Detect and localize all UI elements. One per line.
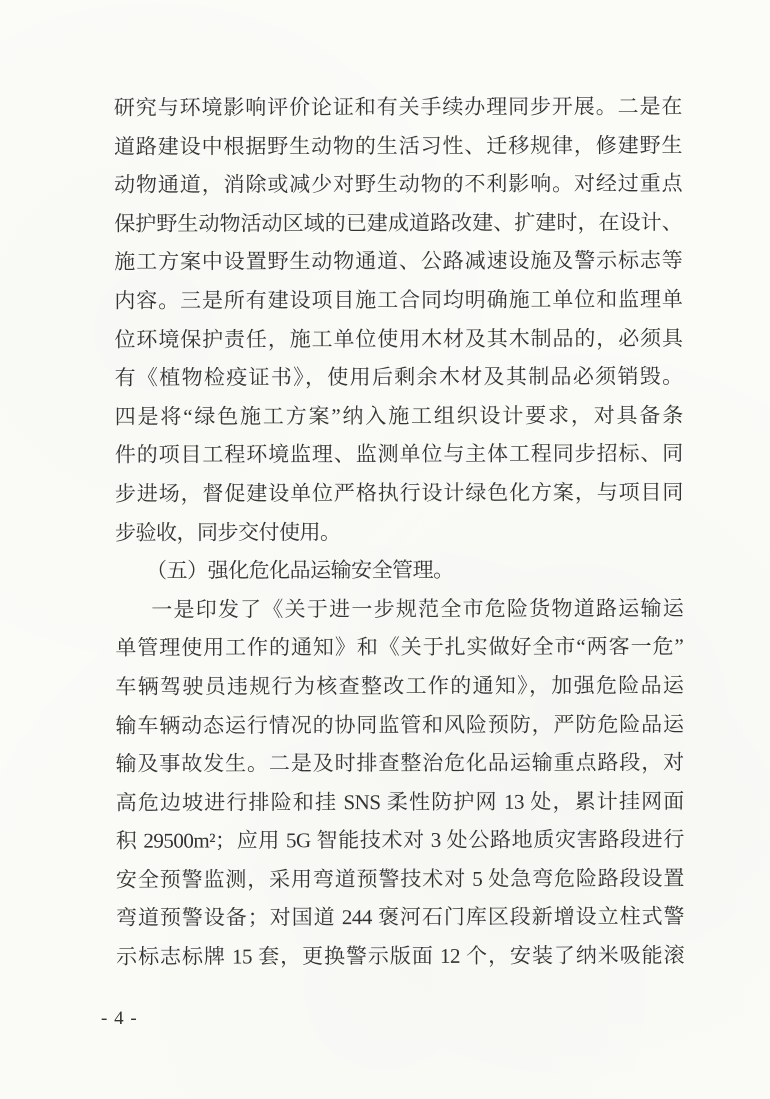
text-line: 四是将“绿色施工方案”纳入施工组织设计要求，对具备条: [115, 396, 683, 436]
text-line: 内容。三是所有建设项目施工合同均明确施工单位和监理单: [114, 280, 682, 320]
scanned-document-page: 研究与环境影响评价论证和有关手续办理同步开展。二是在 道路建设中根据野生动物的生…: [0, 0, 770, 1099]
text-line: 输车辆动态运行情况的协同监管和风险预防，严防危险品运: [115, 705, 683, 745]
text-line-paragraph-start: 一是印发了《关于进一步规范全市危险货物道路运输运: [115, 589, 683, 629]
text-line: 高危边坡进行排险和挂 SNS 柔性防护网 13 处，累计挂网面: [116, 782, 684, 822]
text-line: 弯道预警设备；对国道 244 褒河石门库区段新增设立柱式警: [116, 898, 684, 938]
text-line: 道路建设中根据野生动物的生活习性、迁移规律，修建野生: [114, 126, 682, 166]
document-body-text: 研究与环境影响评价论证和有关手续办理同步开展。二是在 道路建设中根据野生动物的生…: [114, 87, 684, 976]
text-line-paragraph-end: 步验收，同步交付使用。: [115, 512, 683, 552]
text-line: 车辆驾驶员违规行为核查整改工作的通知》，加强危险品运: [115, 666, 683, 706]
text-line: 单管理使用工作的通知》和《关于扎实做好全市“两客一危”: [115, 628, 683, 668]
text-line: 示标志标牌 15 套，更换警示版面 12 个，安装了纳米吸能滚: [116, 936, 684, 976]
text-line: 位环境保护责任，施工单位使用木材及其木制品的，必须具: [114, 319, 682, 359]
text-line: 施工方案中设置野生动物通道、公路减速设施及警示标志等: [114, 242, 682, 282]
text-line: 安全预警监测，采用弯道预警技术对 5 处急弯危险路段设置: [116, 859, 684, 899]
page-number: - 4 -: [101, 1006, 138, 1032]
text-line: 步进场，督促建设单位严格执行设计绿色化方案，与项目同: [115, 473, 683, 513]
text-line: 保护野生动物活动区域的已建成道路改建、扩建时，在设计、: [114, 203, 682, 243]
text-line: 积 29500m²；应用 5G 智能技术对 3 处公路地质灾害路段进行: [116, 821, 684, 861]
section-heading-line: （五）强化危化品运输安全管理。: [115, 550, 683, 590]
text-line: 动物通道，消除或减少对野生动物的不利影响。对经过重点: [114, 164, 682, 204]
text-line: 输及事故发生。二是及时排查整治危化品运输重点路段，对: [116, 743, 684, 783]
text-line: 研究与环境影响评价论证和有关手续办理同步开展。二是在: [114, 87, 682, 127]
text-line: 件的项目工程环境监理、监测单位与主体工程同步招标、同: [115, 435, 683, 475]
text-line: 有《植物检疫证书》，使用后剩余木材及其制品必须销毁。: [115, 357, 683, 397]
